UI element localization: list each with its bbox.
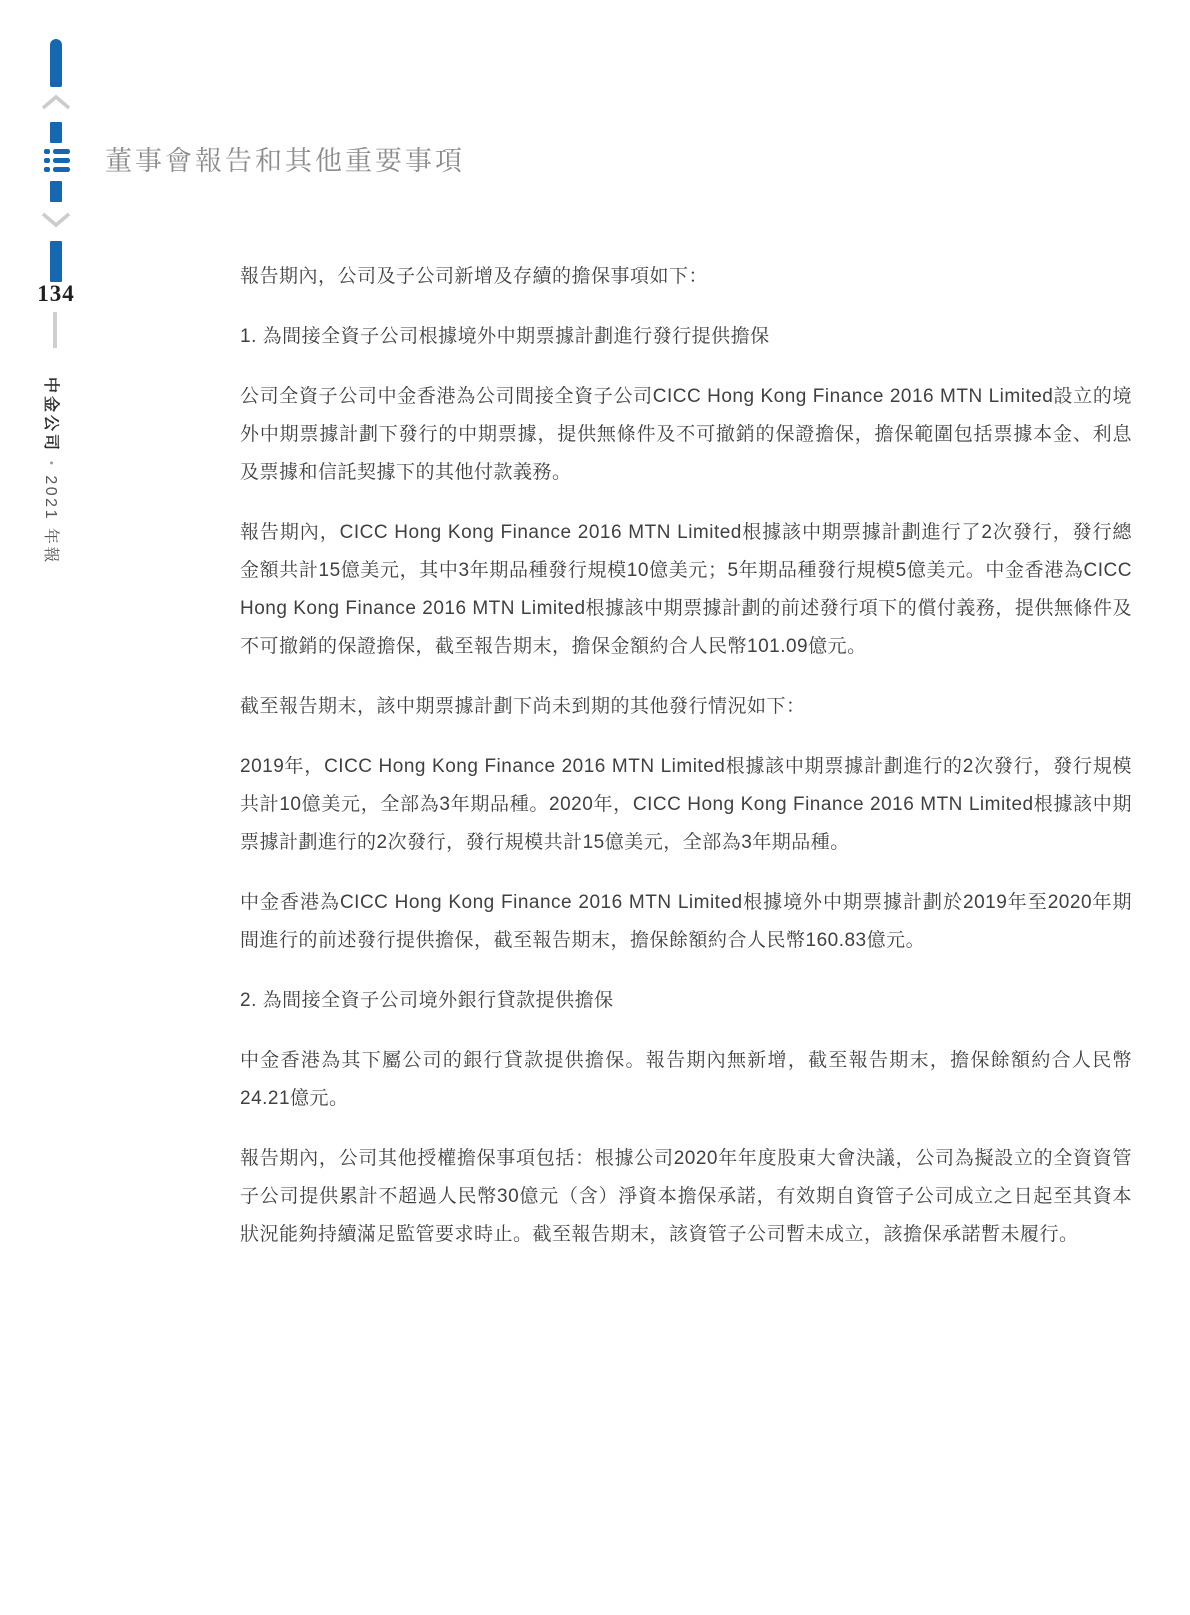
section-1-heading: 1. 為間接全資子公司根據境外中期票據計劃進行發行提供擔保	[240, 318, 1132, 356]
chevron-down-icon[interactable]	[41, 211, 71, 229]
page-number-tick	[53, 312, 57, 348]
chevron-up-icon[interactable]	[41, 93, 71, 111]
paragraph-guarantee-intro: 報告期內，公司及子公司新增及存續的擔保事項如下：	[240, 258, 1132, 296]
menu-list-row	[44, 167, 71, 172]
section-title: 董事會報告和其他重要事項	[105, 139, 465, 178]
body-content: 報告期內，公司及子公司新增及存續的擔保事項如下： 1. 為間接全資子公司根據境外…	[240, 258, 1132, 1276]
menu-list-icon[interactable]	[44, 149, 71, 177]
document-page: 134 中金公司•2021 年報 董事會報告和其他重要事項 報告期內，公司及子公…	[0, 0, 1190, 1615]
paragraph-bank-loan-guarantee: 中金香港為其下屬公司的銀行貸款提供擔保。報告期內無新增，截至報告期末，擔保餘額約…	[240, 1042, 1132, 1118]
menu-list-row	[44, 158, 71, 163]
decor-bar-top	[50, 39, 62, 87]
menu-list-row	[44, 149, 71, 154]
paragraph-other-authorized-guarantee: 報告期內，公司其他授權擔保事項包括：根據公司2020年年度股東大會決議，公司為擬…	[240, 1140, 1132, 1254]
paragraph-mtn-guarantee-scope: 公司全資子公司中金香港為公司間接全資子公司CICC Hong Kong Fina…	[240, 378, 1132, 492]
spine-label: 中金公司•2021 年報	[41, 377, 64, 565]
decor-bar-bottom	[50, 241, 62, 282]
decor-square-top	[50, 122, 62, 143]
paragraph-mtn-report-period-issues: 報告期內，CICC Hong Kong Finance 2016 MTN Lim…	[240, 514, 1132, 666]
section-2-heading: 2. 為間接全資子公司境外銀行貸款提供擔保	[240, 982, 1132, 1020]
spine-separator-dot: •	[45, 453, 57, 475]
spine-company-name: 中金公司	[42, 377, 59, 453]
decor-square-bottom	[50, 181, 62, 202]
spine-edition: 2021 年報	[42, 475, 59, 565]
page-number: 134	[30, 281, 82, 307]
paragraph-mtn-2019-2020-issues: 2019年，CICC Hong Kong Finance 2016 MTN Li…	[240, 748, 1132, 862]
paragraph-mtn-2019-2020-guarantee: 中金香港為CICC Hong Kong Finance 2016 MTN Lim…	[240, 884, 1132, 960]
paragraph-outstanding-intro: 截至報告期末，該中期票據計劃下尚未到期的其他發行情況如下：	[240, 688, 1132, 726]
